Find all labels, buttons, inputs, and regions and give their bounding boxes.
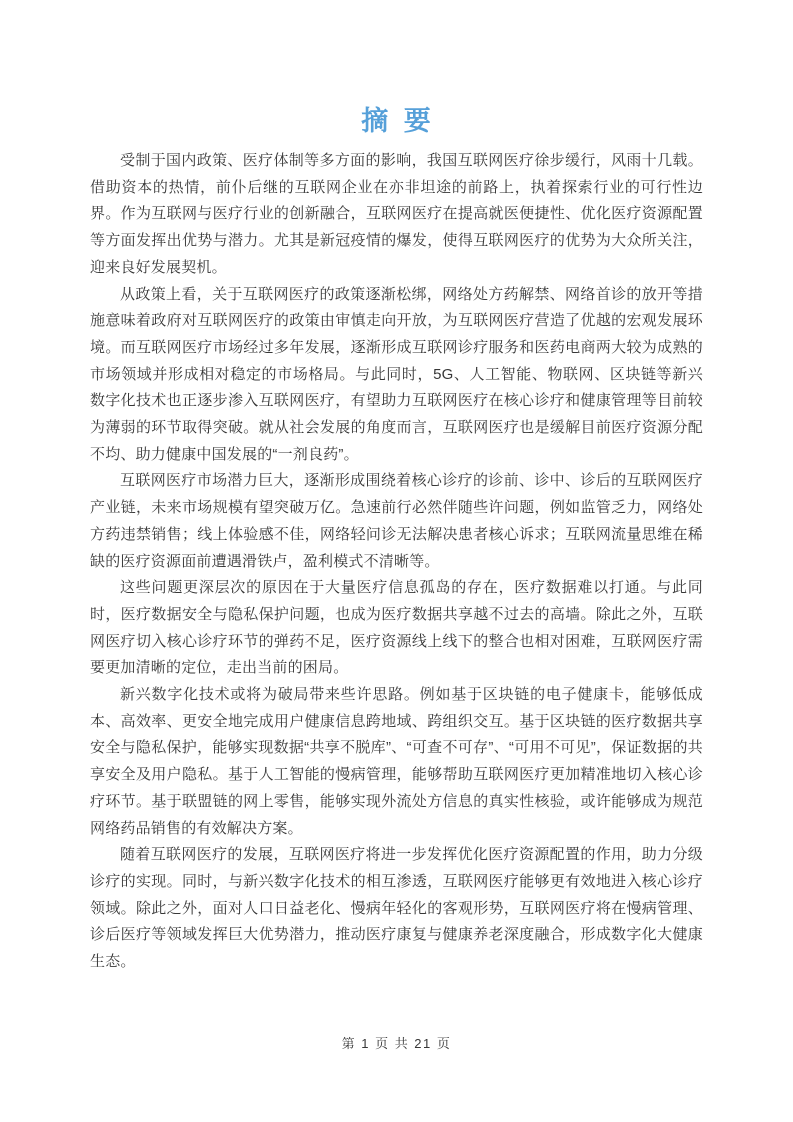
abstract-paragraph-2: 从政策上看，关于互联网医疗的政策逐渐松绑，网络处方药解禁、网络首诊的放开等措施意…: [90, 282, 703, 469]
abstract-paragraph-1: 受制于国内政策、医疗体制等多方面的影响，我国互联网医疗徐步缓行，风雨十几载。借助…: [90, 148, 703, 282]
abstract-body: 受制于国内政策、医疗体制等多方面的影响，我国互联网医疗徐步缓行，风雨十几载。借助…: [90, 148, 703, 976]
document-content: 摘 要 受制于国内政策、医疗体制等多方面的影响，我国互联网医疗徐步缓行，风雨十几…: [90, 100, 703, 976]
abstract-paragraph-4: 这些问题更深层次的原因在于大量医疗信息孤岛的存在，医疗数据难以打通。与此同时，医…: [90, 575, 703, 682]
abstract-paragraph-5: 新兴数字化技术或将为破局带来些许思路。例如基于区块链的电子健康卡，能够低成本、高…: [90, 682, 703, 842]
page-number: 第 1 页 共 21 页: [0, 1033, 793, 1052]
page-title: 摘 要: [90, 104, 703, 138]
abstract-paragraph-3: 互联网医疗市场潜力巨大，逐渐形成围绕着核心诊疗的诊前、诊中、诊后的互联网医疗产业…: [90, 468, 703, 575]
document-page: 摘 要 受制于国内政策、医疗体制等多方面的影响，我国互联网医疗徐步缓行，风雨十几…: [0, 0, 793, 1122]
abstract-paragraph-6: 随着互联网医疗的发展，互联网医疗将进一步发挥优化医疗资源配置的作用，助力分级诊疗…: [90, 842, 703, 976]
